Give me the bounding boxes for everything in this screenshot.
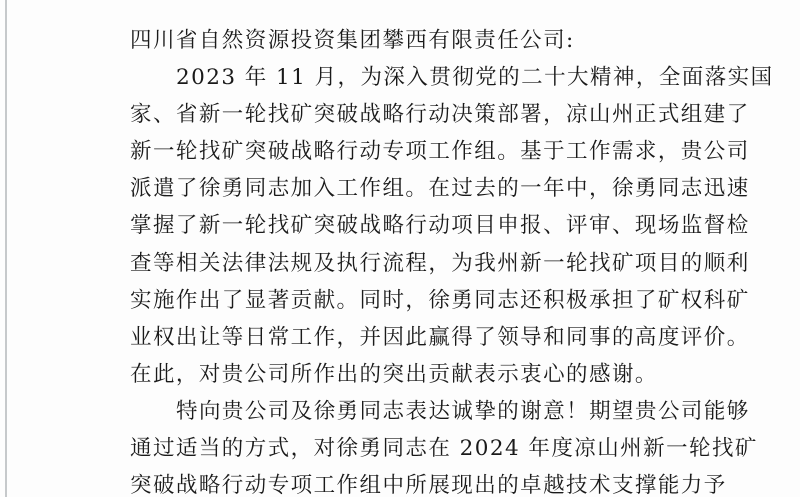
paragraph-line: 在此，对贵公司所作出的突出贡献表示衷心的感谢。 — [130, 356, 690, 393]
paragraph-line: 新一轮找矿突破战略行动专项工作组。基于工作需求，贵公司 — [130, 133, 690, 170]
paragraph-line: 通过适当的方式，对徐勇同志在 2024 年度凉山州新一轮找矿 — [130, 430, 690, 467]
paragraph-line: 家、省新一轮找矿突破战略行动决策部署，凉山州正式组建了 — [130, 96, 690, 133]
paragraph-line: 2023 年 11 月，为深入贯彻党的二十大精神，全面落实国 — [130, 59, 690, 96]
document-page: 四川省自然资源投资集团攀西有限责任公司: 2023 年 11 月，为深入贯彻党的… — [0, 0, 800, 497]
paragraph-line: 业权出让等日常工作，并因此赢得了领导和同事的高度评价。 — [130, 319, 690, 356]
page-edge-divider — [5, 0, 7, 497]
paragraph-line: 派遣了徐勇同志加入工作组。在过去的一年中，徐勇同志迅速 — [130, 170, 690, 207]
paragraph-line: 掌握了新一轮找矿突破战略行动项目申报、评审、现场监督检 — [130, 207, 690, 244]
salutation-line: 四川省自然资源投资集团攀西有限责任公司: — [130, 22, 690, 59]
paragraph-line: 特向贵公司及徐勇同志表达诚挚的谢意！期望贵公司能够 — [130, 393, 690, 430]
paragraph-line: 突破战略行动专项工作组中所展现出的卓越技术支撑能力予 — [130, 467, 690, 497]
paragraph-line: 实施作出了显著贡献。同时，徐勇同志还积极承担了矿权科矿 — [130, 282, 690, 319]
letter-body: 四川省自然资源投资集团攀西有限责任公司: 2023 年 11 月，为深入贯彻党的… — [130, 22, 690, 497]
paragraph-line: 查等相关法律法规及执行流程，为我州新一轮找矿项目的顺利 — [130, 245, 690, 282]
